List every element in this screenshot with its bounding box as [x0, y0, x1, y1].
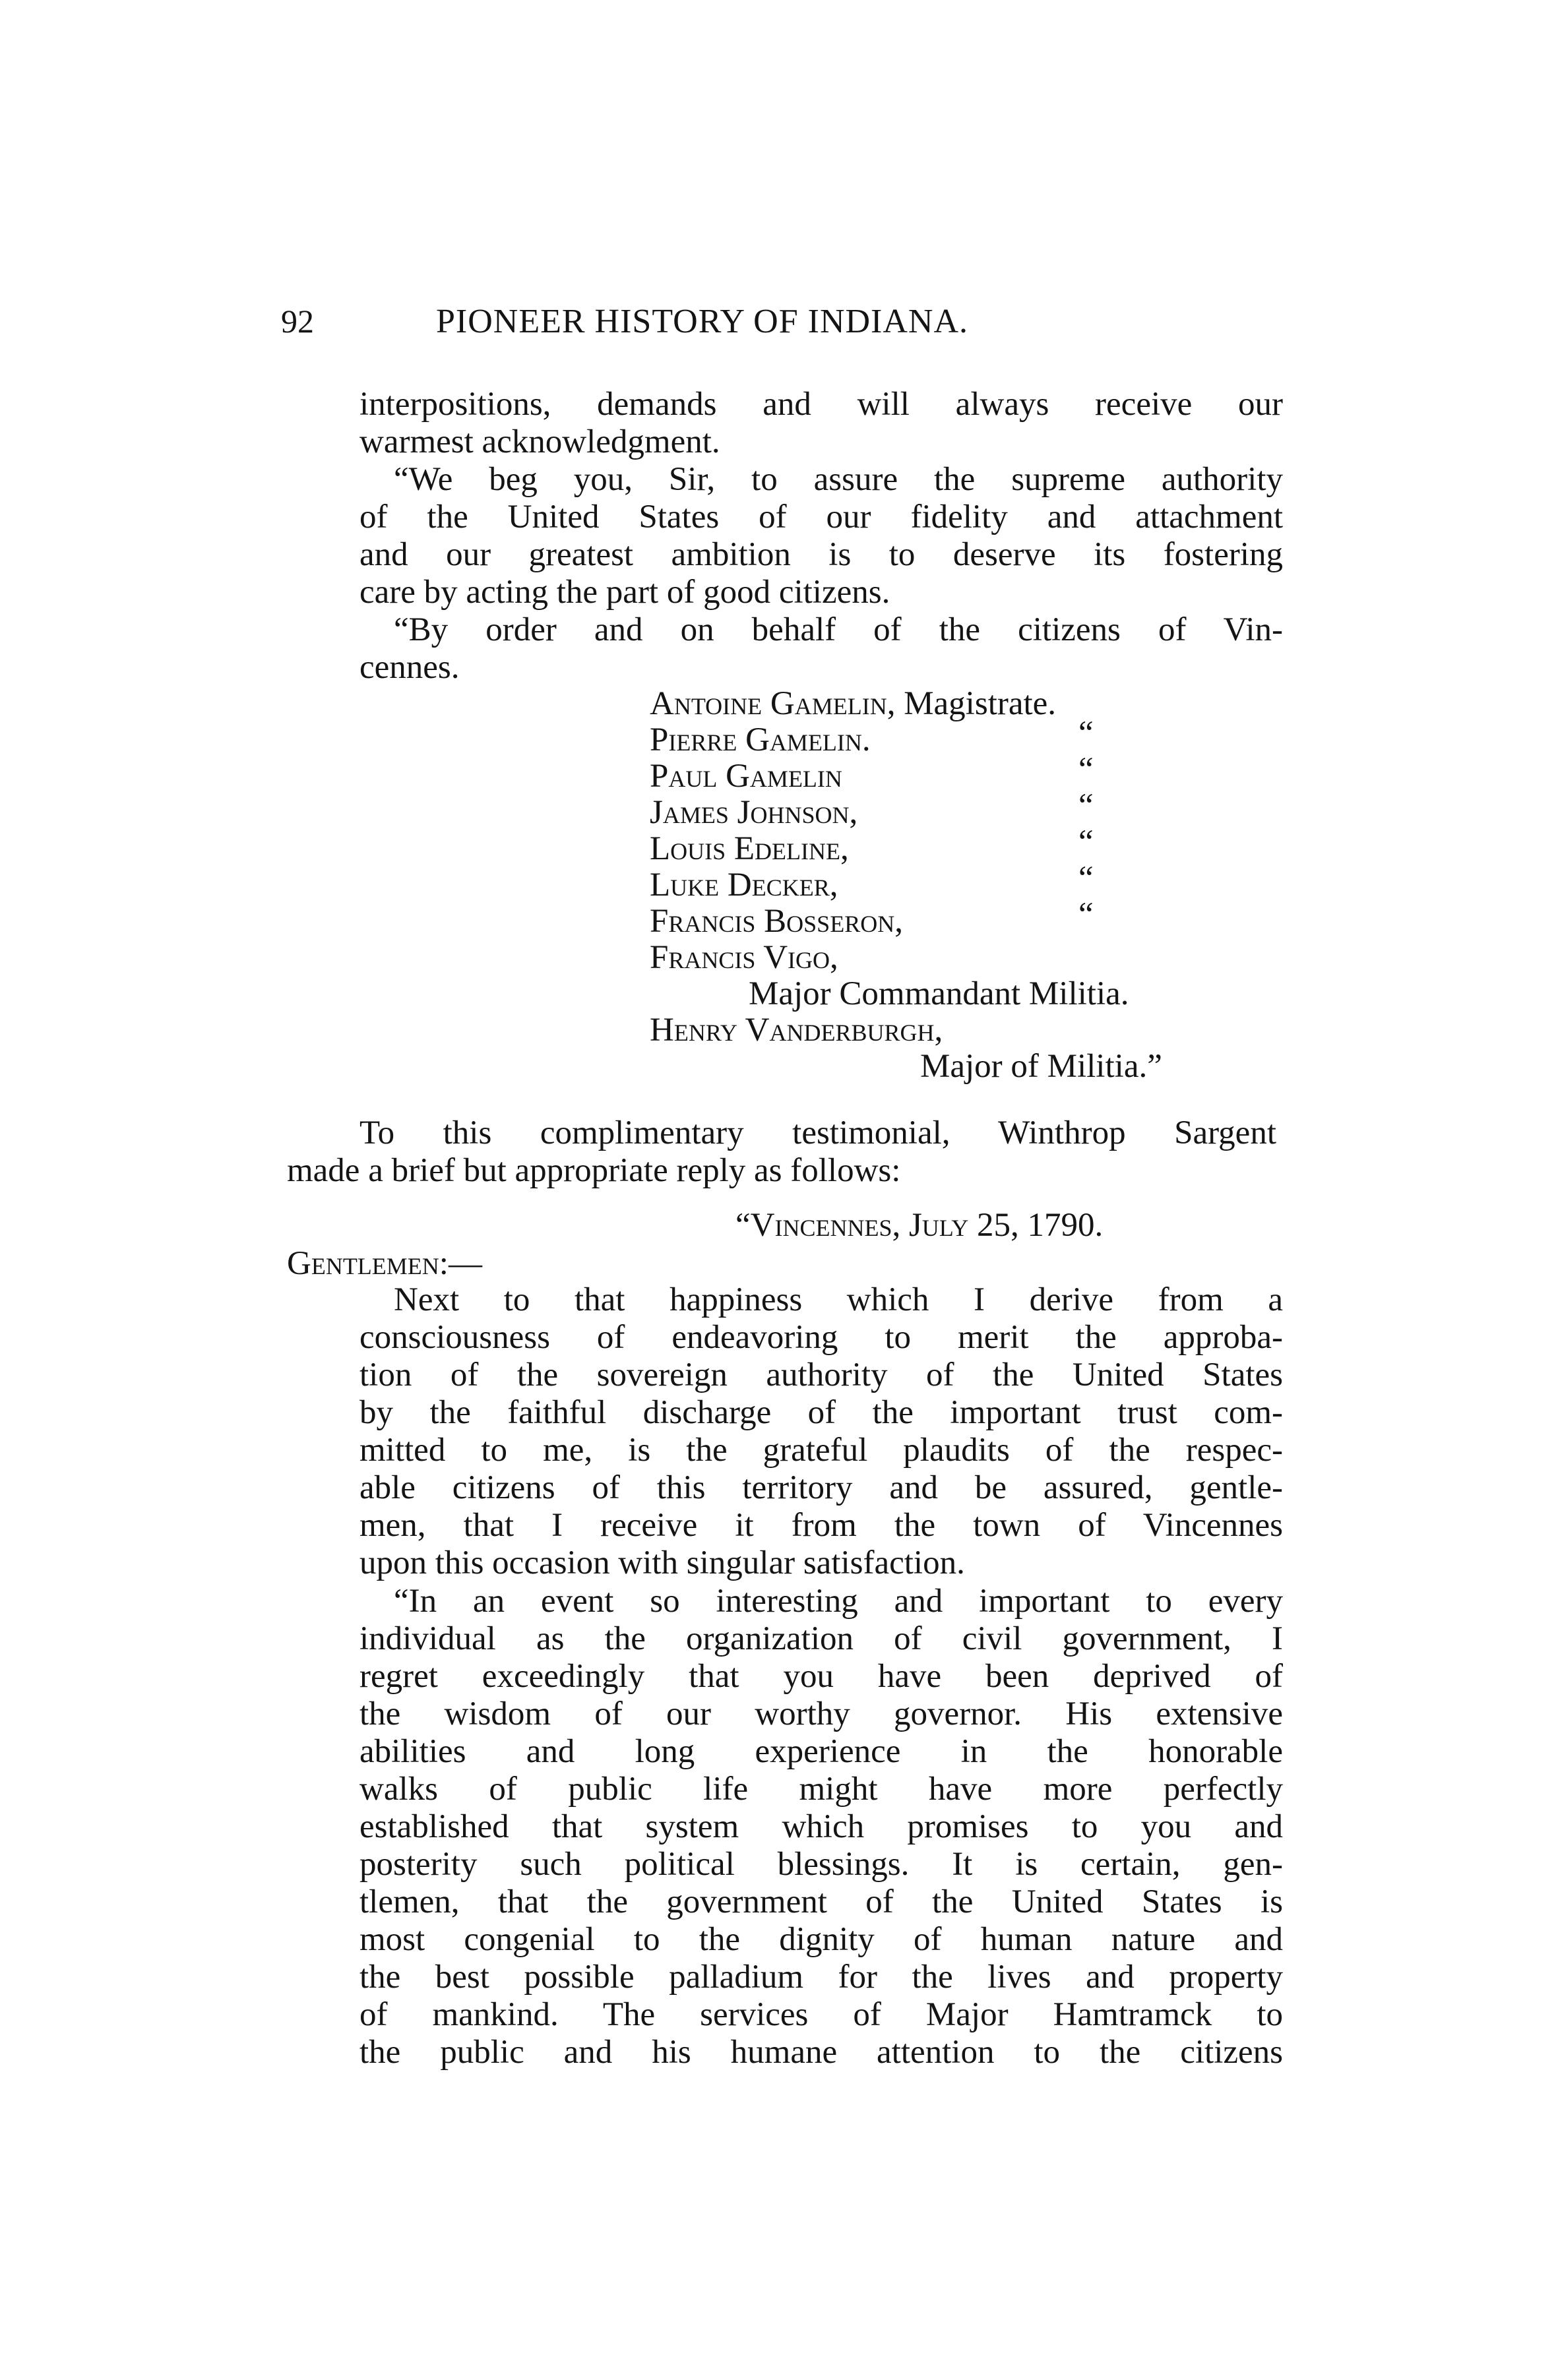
text-line: the best possible palladium for the live…	[359, 1959, 1283, 1996]
text-line: “In an event so interesting and importan…	[359, 1583, 1283, 1620]
text-line: posterity such political blessings. It i…	[359, 1846, 1283, 1883]
signatory-name: Louis Edeline,	[650, 830, 849, 867]
text-line: walks of public life might have more per…	[359, 1771, 1283, 1808]
text-line: individual as the organization of civil …	[359, 1620, 1283, 1658]
text-line: abilities and long experience in the hon…	[359, 1733, 1283, 1771]
signature-row: Luke Decker, “	[650, 867, 1243, 903]
text-line: men, that I receive it from the town of …	[359, 1507, 1283, 1544]
page-number: 92	[281, 302, 314, 340]
signatory-name: Henry Vanderburgh,	[650, 1012, 1243, 1049]
text-line: the wisdom of our worthy governor. His e…	[359, 1695, 1283, 1733]
ditto-mark: “	[1078, 897, 1094, 933]
text-line: mitted to me, is the grateful plaudits o…	[359, 1432, 1283, 1469]
signature-row: Antoine Gamelin, Magistrate.	[650, 686, 1243, 722]
reply-intro: To this complimentary testimonial, Winth…	[287, 1114, 1276, 1190]
text-line: “By order and on behalf of the citizens …	[359, 611, 1283, 649]
text-line: warmest acknowledgment.	[359, 423, 1283, 461]
page-header: 92 PIONEER HISTORY OF INDIANA.	[281, 302, 1270, 355]
text-line: consciousness of endeavoring to merit th…	[359, 1319, 1283, 1357]
text-line: of mankind. The services of Major Hamtra…	[359, 1996, 1283, 2034]
text-line: able citizens of this territory and be a…	[359, 1469, 1283, 1507]
book-page: 92 PIONEER HISTORY OF INDIANA. interposi…	[0, 0, 1558, 2380]
signature-row: Francis Vigo,	[650, 940, 1243, 976]
text-line: “We beg you, Sir, to assure the supreme …	[359, 461, 1283, 499]
signature-row: James Johnson, “	[650, 795, 1243, 831]
text-line: regret exceedingly that you have been de…	[359, 1658, 1283, 1695]
signature-row: Paul Gamelin “	[650, 758, 1243, 795]
running-title: PIONEER HISTORY OF INDIANA.	[436, 302, 968, 341]
signatory-name: James Johnson,	[650, 794, 857, 831]
text-line: Next to that happiness which I derive fr…	[359, 1281, 1283, 1319]
signatory-title: Magistrate.	[904, 685, 1056, 722]
text-line: tlemen, that the government of the Unite…	[359, 1883, 1283, 1921]
signature-row: Pierre Gamelin. “	[650, 722, 1243, 758]
ditto-mark: “	[1078, 788, 1094, 824]
salutation: Gentlemen:—	[287, 1245, 1276, 1283]
text-line: made a brief but appropriate reply as fo…	[287, 1152, 1276, 1190]
address-conclusion: interpositions, demands and will always …	[359, 386, 1283, 687]
text-line: upon this occasion with singular satisfa…	[359, 1544, 1283, 1582]
text-line: established that system which promises t…	[359, 1808, 1283, 1846]
text-line: cennes.	[359, 649, 1283, 687]
ditto-mark: “	[1078, 752, 1094, 788]
signature-row: Louis Edeline, “	[650, 831, 1243, 867]
signatory-name: Pierre Gamelin.	[650, 721, 871, 758]
text-line: of the United States of our fidelity and…	[359, 499, 1283, 536]
text-line: care by acting the part of good citizens…	[359, 574, 1283, 611]
signatory-name: Antoine Gamelin,	[650, 685, 895, 722]
text-line: and our greatest ambition is to deserve …	[359, 536, 1283, 574]
signatory-name: Francis Bosseron,	[650, 903, 903, 940]
text-line: To this complimentary testimonial, Winth…	[287, 1114, 1276, 1152]
reply-paragraph-1: Next to that happiness which I derive fr…	[359, 1281, 1283, 1582]
signatory-name: Paul Gamelin	[650, 758, 842, 795]
signatory-name: Luke Decker,	[650, 867, 838, 903]
text-line: tion of the sovereign authority of the U…	[359, 1357, 1283, 1394]
text-line: by the faithful discharge of the importa…	[359, 1394, 1283, 1432]
ditto-mark: “	[1078, 824, 1094, 861]
signature-row: Francis Bosseron, “	[650, 903, 1243, 940]
ditto-mark: “	[1078, 716, 1094, 752]
text-line: interpositions, demands and will always …	[359, 386, 1283, 423]
text-line: most congenial to the dignity of human n…	[359, 1921, 1283, 1959]
reply-paragraph-2: “In an event so interesting and importan…	[359, 1583, 1283, 2071]
signatory-title: Major Commandant Militia.	[650, 976, 1243, 1012]
ditto-mark: “	[1078, 861, 1094, 897]
signatory-name: Francis Vigo,	[650, 939, 838, 976]
dateline: “Vincennes, July 25, 1790.	[735, 1207, 1263, 1244]
signatory-title: Major of Militia.”	[650, 1049, 1243, 1085]
signature-block: Antoine Gamelin, Magistrate. Pierre Game…	[650, 686, 1243, 1085]
text-line: the public and his humane attention to t…	[359, 2034, 1283, 2071]
